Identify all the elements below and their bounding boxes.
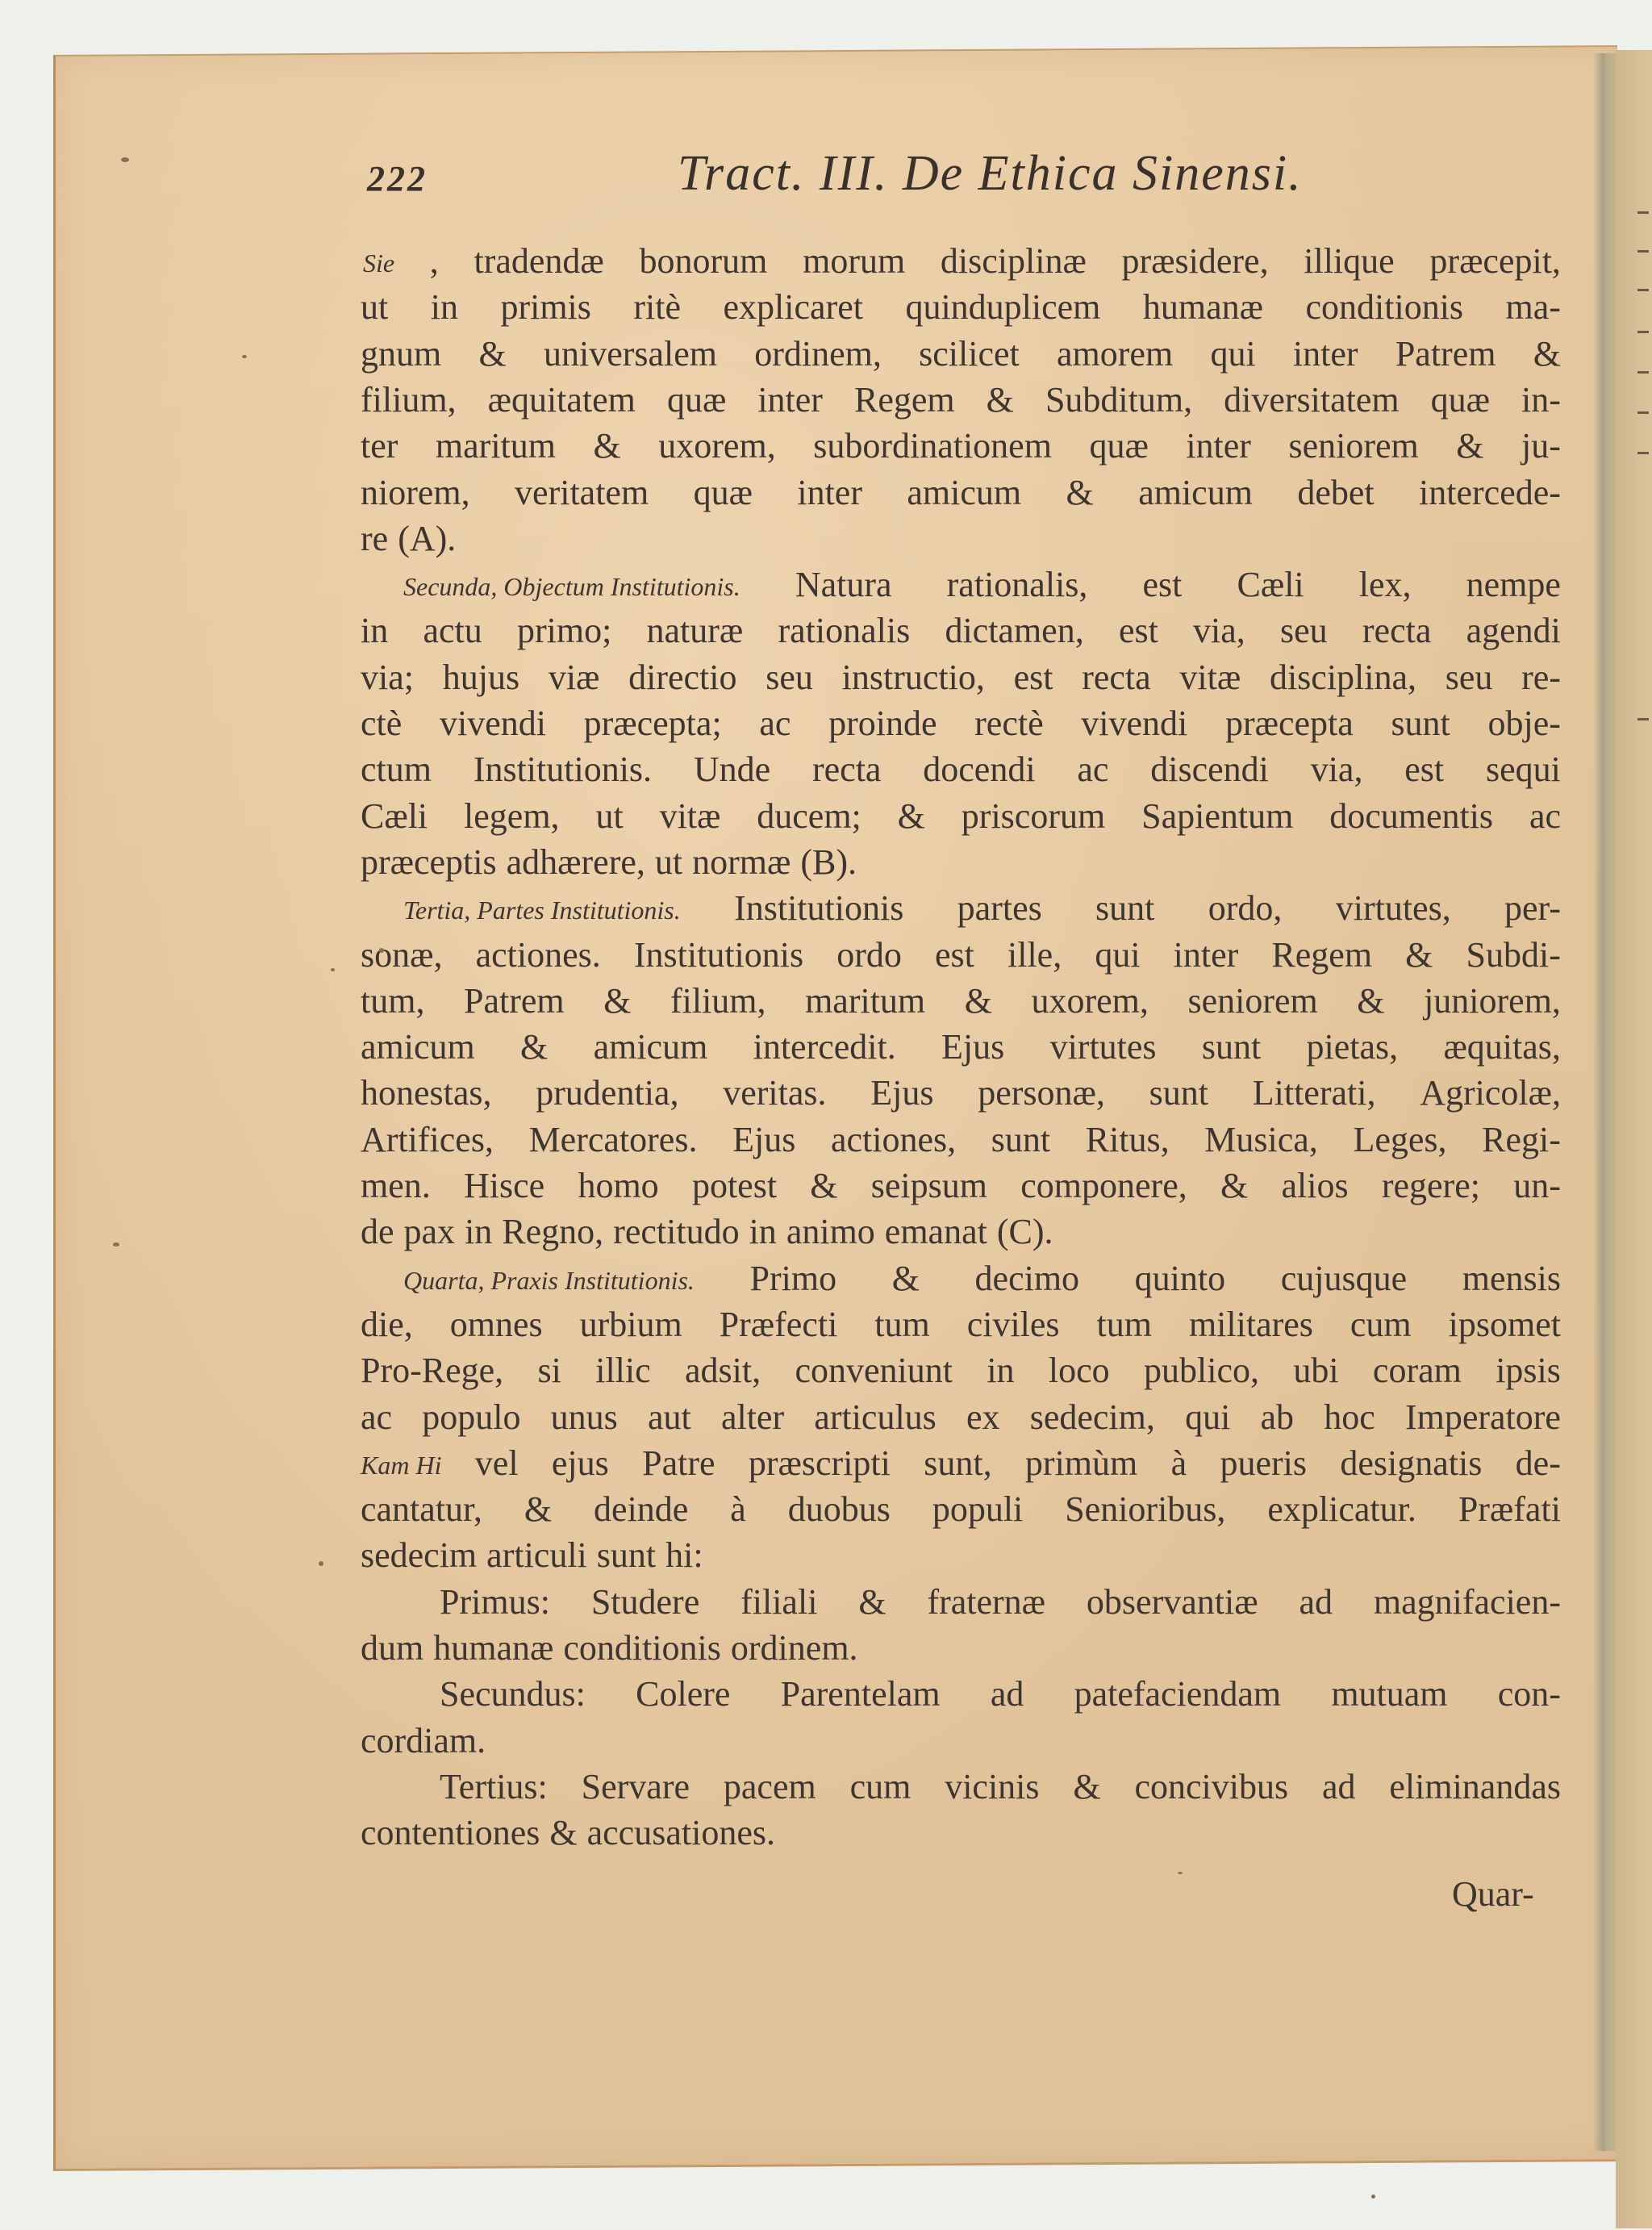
paper-speck: [319, 1561, 323, 1566]
word: ordinem.: [731, 1627, 858, 1668]
text-line: Tertia, Partes Institutionis.Institution…: [403, 887, 1561, 929]
word: mensis: [1462, 1258, 1561, 1299]
word: Patre: [642, 1443, 715, 1484]
word: amicum: [594, 1026, 708, 1067]
text-line: acpopulounusautalterarticulusexsedecim,q…: [361, 1397, 1561, 1438]
word: Ejus: [732, 1119, 795, 1160]
word: humanæ: [433, 1627, 553, 1668]
word: articulus: [814, 1397, 937, 1438]
word: ter: [361, 425, 398, 466]
word: vitæ: [1179, 657, 1241, 698]
word: Agricolæ,: [1420, 1072, 1561, 1113]
word: subordinationem: [813, 425, 1052, 466]
catchword: Quar-: [1452, 1873, 1534, 1915]
word: recta: [812, 749, 881, 790]
word: recta: [1082, 657, 1150, 698]
adjacent-page-mark: [1637, 411, 1649, 414]
word: morum: [803, 240, 905, 282]
word: actu: [423, 610, 482, 651]
word: actiones.: [476, 934, 601, 975]
word: est: [1014, 657, 1053, 698]
word: per-: [1504, 887, 1561, 929]
word: &: [520, 1026, 548, 1067]
word: sonæ,: [361, 934, 442, 975]
word: Primus:: [440, 1581, 550, 1622]
word: aut: [648, 1397, 691, 1438]
word: est: [1404, 749, 1444, 790]
word: virtutes: [1050, 1026, 1157, 1067]
word: alter: [721, 1397, 784, 1438]
word: naturæ: [647, 610, 744, 651]
word: adsit,: [685, 1350, 761, 1391]
word: intercede-: [1419, 472, 1561, 513]
word: filiali: [740, 1581, 817, 1622]
paper-speck: [1178, 1872, 1183, 1874]
word: sunt: [1149, 1072, 1208, 1113]
text-line: gnum&universalemordinem,scilicetamoremqu…: [361, 333, 1561, 374]
word: instructio,: [842, 657, 985, 698]
word: in-: [1521, 379, 1561, 420]
word: Ritus,: [1086, 1119, 1170, 1160]
word: ubi: [1293, 1350, 1338, 1391]
word: præcepit,: [1429, 240, 1561, 282]
word: in: [987, 1350, 1014, 1391]
text-line: men.Hiscehomopotest&seipsumcomponere,&al…: [361, 1165, 1561, 1206]
word: Regno,: [502, 1211, 603, 1252]
word: cordiam.: [361, 1720, 486, 1761]
word: ordo: [836, 934, 902, 975]
word: via,: [1311, 749, 1363, 790]
paper-speck: [113, 1242, 119, 1247]
word: ac: [361, 1397, 392, 1438]
word: Imperatore: [1405, 1397, 1561, 1438]
word: seipsum: [871, 1165, 987, 1206]
word: patefaciendam: [1074, 1673, 1282, 1714]
word: eliminandas: [1389, 1766, 1561, 1807]
word: &: [549, 1812, 577, 1853]
word: uxorem,: [658, 425, 775, 466]
word: Patrem: [464, 980, 565, 1021]
word: sunt: [1095, 887, 1154, 929]
text-line: Artifices,Mercatores.Ejusactiones,suntRi…: [361, 1119, 1561, 1160]
word: amicum: [1138, 472, 1253, 513]
word: proinde: [828, 703, 937, 744]
word: præsidere,: [1122, 240, 1269, 282]
word: Regi-: [1482, 1119, 1561, 1160]
word: cum: [850, 1766, 912, 1807]
word: Artifices,: [361, 1119, 494, 1160]
word: ad: [1322, 1766, 1356, 1807]
word: qui: [1095, 934, 1140, 975]
text-line: niorem,veritatemquæinteramicum&amicumdeb…: [361, 472, 1561, 513]
adjacent-page-mark: [1637, 452, 1649, 454]
word: agendi: [1466, 610, 1561, 651]
word: articuli: [486, 1535, 587, 1576]
text-line: cantatur,&deindeàduobuspopuliSenioribus,…: [361, 1489, 1561, 1530]
word: Litterati,: [1253, 1072, 1376, 1113]
paper-speck: [1371, 2195, 1375, 2199]
word: vicinis: [945, 1766, 1039, 1807]
word: in: [361, 610, 388, 651]
word: intercedit.: [753, 1026, 896, 1067]
adjacent-page-mark: [1637, 718, 1649, 720]
word: ex: [966, 1397, 1000, 1438]
word: omnes: [450, 1304, 543, 1345]
word: primùm: [1025, 1443, 1137, 1484]
word: adhærere,: [507, 841, 645, 883]
word: præscripti: [749, 1443, 891, 1484]
word: &: [1405, 934, 1433, 975]
word: legem,: [464, 796, 560, 837]
word: regere;: [1382, 1165, 1480, 1206]
text-line: sonæ,actiones.Institutionisordoestille,q…: [361, 934, 1561, 975]
paper-speck: [242, 355, 247, 358]
word: obje-: [1487, 703, 1560, 744]
word: sunt,: [924, 1443, 991, 1484]
word: ordinem,: [754, 333, 882, 374]
word: re-: [1521, 657, 1561, 698]
word: &: [1220, 1165, 1248, 1206]
running-title: Tract. III. De Ethica Sinensi.: [678, 145, 1303, 203]
word: in: [431, 286, 458, 328]
word: inter: [757, 379, 823, 420]
adjacent-page-mark: [1637, 371, 1649, 374]
word: Secundus:: [440, 1673, 586, 1714]
word: ad: [991, 1673, 1024, 1714]
word: sunt: [597, 1535, 656, 1576]
word: dictamen,: [945, 610, 1083, 651]
word: civiles: [967, 1304, 1060, 1345]
adjacent-page-mark: [1637, 289, 1649, 291]
word: (B).: [800, 841, 857, 883]
word: sedecim: [361, 1535, 477, 1576]
word: ordo,: [1208, 887, 1283, 929]
word: filium,: [361, 379, 457, 420]
word: de-: [1516, 1443, 1561, 1484]
word: Leges,: [1353, 1119, 1446, 1160]
word: ju-: [1521, 425, 1561, 466]
word: pax: [404, 1211, 456, 1252]
section-label: Sie: [363, 248, 394, 278]
word: illic: [595, 1350, 650, 1391]
word: conditionis: [563, 1627, 721, 1668]
word: illique: [1304, 240, 1394, 282]
word: ipsis: [1496, 1350, 1561, 1391]
word: veritas.: [723, 1072, 826, 1113]
text-line: filium,æquitatemquæinterRegem&Subditum,d…: [361, 379, 1561, 420]
word: Primo: [750, 1258, 837, 1299]
word: ducem;: [757, 796, 861, 837]
word: veritatem: [515, 472, 649, 513]
word: diversitatem: [1224, 379, 1400, 420]
word: universalem: [544, 333, 717, 374]
word: disciplina,: [1270, 657, 1416, 698]
word: vivendi: [1081, 703, 1187, 744]
word: à: [730, 1489, 746, 1530]
word: &: [1533, 333, 1561, 374]
word: hujus: [443, 657, 519, 698]
word: conditionis: [1305, 286, 1463, 328]
word: &: [810, 1165, 837, 1206]
word: tum,: [361, 980, 424, 1021]
word: quæ: [694, 472, 753, 513]
word: Ejus: [941, 1026, 1004, 1067]
word: sunt: [991, 1119, 1050, 1160]
word: Parentelam: [781, 1673, 941, 1714]
word: Subditum,: [1045, 379, 1192, 420]
word: Tertius:: [440, 1766, 548, 1807]
word: ipsomet: [1449, 1304, 1561, 1345]
word: ac: [759, 703, 791, 744]
text-line: honestas,prudentia,veritas.Ejuspersonæ,s…: [361, 1072, 1561, 1113]
word: rationalis: [778, 610, 911, 651]
word: Institutionis.: [473, 749, 652, 790]
word: hoc: [1324, 1397, 1375, 1438]
adjacent-page-mark: [1637, 250, 1649, 253]
word: Institutionis: [734, 887, 903, 929]
text-line: cordiam.: [361, 1720, 1561, 1761]
word: cum: [1350, 1304, 1412, 1345]
word: &: [1357, 980, 1384, 1021]
word: &: [898, 796, 925, 837]
word: Senioribus,: [1065, 1489, 1225, 1530]
word: quæ: [1089, 425, 1148, 466]
word: ma-: [1506, 286, 1561, 328]
word: &: [965, 980, 992, 1021]
word: animo: [786, 1211, 875, 1252]
word: amorem: [1057, 333, 1173, 374]
word: niorem,: [361, 472, 470, 513]
word: juniorem,: [1424, 980, 1561, 1021]
word: normæ: [692, 841, 791, 883]
word: die,: [361, 1304, 413, 1345]
paper-speck: [121, 157, 129, 162]
word: hi:: [665, 1535, 703, 1576]
word: æquitatem: [488, 379, 636, 420]
word: nempe: [1466, 564, 1561, 605]
word: Mercatores.: [529, 1119, 698, 1160]
adjacent-page-edge: [1616, 50, 1652, 2228]
word: seu: [766, 657, 813, 698]
word: Colere: [636, 1673, 730, 1714]
section-label: Kam Hi: [361, 1451, 441, 1480]
word: in: [465, 1211, 492, 1252]
word: qui: [1210, 333, 1255, 374]
text-line: Cælilegem,utvitæducem;&priscorumSapientu…: [361, 796, 1561, 837]
word: decimo: [975, 1258, 1080, 1299]
word: æquitas,: [1443, 1026, 1560, 1067]
word: pacem: [724, 1766, 816, 1807]
word: amicum: [907, 472, 1021, 513]
text-line: depaxinRegno,rectitudoinanimoemanat(C).: [361, 1211, 1561, 1252]
word: seu: [1445, 657, 1493, 698]
word: &: [1066, 472, 1094, 513]
word: tum: [1097, 1304, 1152, 1345]
word: Servare: [582, 1766, 690, 1807]
word: honestas,: [361, 1072, 492, 1113]
word: ut: [595, 796, 623, 837]
word: &: [858, 1581, 886, 1622]
word: Subdi-: [1466, 934, 1561, 975]
word: coram: [1373, 1350, 1462, 1391]
text-line: ctèvivendipræcepta;acproinderectèvivendi…: [361, 703, 1561, 744]
word: pueris: [1220, 1443, 1307, 1484]
word: &: [603, 980, 631, 1021]
word: (C).: [997, 1211, 1053, 1252]
word: magnifacien-: [1374, 1581, 1561, 1622]
word: cujusque: [1281, 1258, 1407, 1299]
word: seniorem: [1187, 980, 1317, 1021]
text-line: Secundus:ColereParentelamadpatefaciendam…: [440, 1673, 1561, 1714]
word: est: [1143, 564, 1183, 605]
word: via,: [1193, 610, 1245, 651]
word: seu: [1280, 610, 1328, 651]
word: quæ: [667, 379, 726, 420]
text-line: Kam HivelejusPatrepræscriptisunt,primùmà…: [361, 1443, 1561, 1484]
word: ille,: [1007, 934, 1062, 975]
word: potest: [692, 1165, 777, 1206]
word: &: [524, 1489, 552, 1530]
word: rectitudo: [613, 1211, 739, 1252]
word: priscorum: [962, 796, 1105, 837]
word: scilicet: [919, 333, 1020, 374]
word: quinto: [1135, 1258, 1225, 1299]
word: seniorem: [1288, 425, 1418, 466]
word: tradendæ: [474, 240, 604, 282]
word: explicatur.: [1267, 1489, 1416, 1530]
text-line: utinprimisritèexplicaretquinduplicemhuma…: [361, 286, 1561, 328]
section-label: Quarta, Praxis Institutionis.: [403, 1266, 695, 1296]
word: conveniunt: [795, 1350, 953, 1391]
word: est: [1119, 610, 1158, 651]
word: qui: [1185, 1397, 1230, 1438]
word: præceptis: [361, 841, 497, 883]
word: sunt: [1391, 703, 1450, 744]
word: concivibus: [1134, 1766, 1288, 1807]
word: explicaret: [724, 286, 863, 328]
text-line: die,omnesurbiumPræfectitumcivilestummili…: [361, 1304, 1561, 1345]
word: &: [892, 1258, 920, 1299]
word: lex,: [1359, 564, 1412, 605]
word: loco: [1049, 1350, 1110, 1391]
word: sequi: [1486, 749, 1561, 790]
word: amicum: [361, 1026, 475, 1067]
word: rectè: [974, 703, 1043, 744]
word: gnum: [361, 333, 441, 374]
word: un-: [1513, 1165, 1561, 1206]
text-line: re(A).: [361, 518, 1561, 559]
word: Unde: [694, 749, 770, 790]
word: observantiæ: [1087, 1581, 1258, 1622]
word: dum: [361, 1627, 423, 1668]
word: Musica,: [1204, 1119, 1318, 1160]
word: &: [594, 425, 621, 466]
word: Institutionis: [634, 934, 803, 975]
word: Sapientum: [1141, 796, 1293, 837]
word: ac: [1529, 796, 1561, 837]
word: designatis: [1340, 1443, 1482, 1484]
word: ejus: [552, 1443, 609, 1484]
word: recta: [1362, 610, 1431, 651]
text-line: inactuprimo;naturærationalisdictamen,est…: [361, 610, 1561, 651]
word: &: [1073, 1766, 1100, 1807]
word: Præfecti: [720, 1304, 838, 1345]
word: fraternæ: [927, 1581, 1045, 1622]
text-line: contentiones&accusationes.: [361, 1812, 1561, 1853]
word: Patrem: [1395, 333, 1496, 374]
paper-speck: [331, 968, 335, 971]
word: filium,: [670, 980, 766, 1021]
adjacent-page-mark: [1637, 211, 1649, 214]
word: Studere: [591, 1581, 699, 1622]
text-line: via;hujusviædirectioseuinstructio,estrec…: [361, 657, 1561, 698]
word: quæ: [1431, 379, 1490, 420]
word: publico,: [1144, 1350, 1259, 1391]
word: ctum: [361, 749, 432, 790]
text-line: ctumInstitutionis.Underectadocendiacdisc…: [361, 749, 1561, 790]
word: ,: [430, 240, 439, 282]
word: deinde: [594, 1489, 688, 1530]
word: uxorem,: [1032, 980, 1149, 1021]
word: ut: [361, 286, 388, 328]
word: maritum: [805, 980, 925, 1021]
word: Hisce: [464, 1165, 544, 1206]
word: ab: [1261, 1397, 1295, 1438]
word: sedecim,: [1030, 1397, 1155, 1438]
word: vitæ: [660, 796, 721, 837]
text-line: præceptisadhærere,utnormæ(B).: [361, 841, 1561, 883]
word: urbium: [580, 1304, 682, 1345]
word: ctè: [361, 703, 402, 744]
gutter-shadow: [1593, 53, 1616, 2151]
section-label: Tertia, Partes Institutionis.: [403, 896, 681, 925]
word: directio: [628, 657, 736, 698]
word: inter: [1293, 333, 1358, 374]
word: alios: [1281, 1165, 1348, 1206]
page-number: 222: [367, 158, 428, 199]
word: mutuam: [1331, 1673, 1447, 1714]
word: Pro-Rege,: [361, 1350, 503, 1391]
word: sunt: [1202, 1026, 1261, 1067]
word: est: [935, 934, 974, 975]
word: docendi: [923, 749, 1035, 790]
text-line: sedecimarticulisunthi:: [361, 1535, 1561, 1576]
word: si: [538, 1350, 561, 1391]
word: &: [1456, 425, 1483, 466]
word: Cæli: [1237, 564, 1304, 605]
text-line: Pro-Rege,siillicadsit,conveniuntinlocopu…: [361, 1350, 1561, 1391]
word: (A).: [398, 518, 456, 559]
word: primo;: [517, 610, 611, 651]
word: cantatur,: [361, 1489, 482, 1530]
word: debet: [1297, 472, 1374, 513]
word: populo: [422, 1397, 520, 1438]
text-line: Quarta, Praxis Institutionis.Primo&decim…: [403, 1258, 1561, 1299]
word: inter: [1174, 934, 1239, 975]
word: vel: [475, 1443, 519, 1484]
word: in: [749, 1211, 777, 1252]
text-line: termaritum&uxorem,subordinationemquæinte…: [361, 425, 1561, 466]
word: Natura: [795, 564, 892, 605]
text-line: tum,Patrem&filium,maritum&uxorem,seniore…: [361, 980, 1561, 1021]
word: Regem: [1271, 934, 1372, 975]
word: primis: [500, 286, 590, 328]
word: humanæ: [1143, 286, 1263, 328]
adjacent-page-mark: [1637, 331, 1649, 333]
word: quinduplicem: [905, 286, 1100, 328]
word: &: [987, 379, 1014, 420]
word: personæ,: [978, 1072, 1105, 1113]
